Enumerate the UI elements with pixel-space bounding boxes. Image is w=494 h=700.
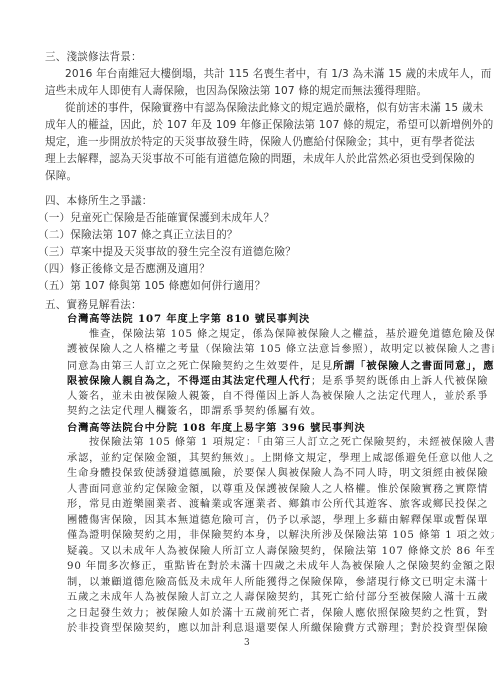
dispute-item-5: （五）第 107 條與第 105 條應如何併行適用？ (38, 279, 265, 293)
case-1-line-3: 同意為由第三人訂立之死亡保險契約之生效要件，足見所謂「被保險人之書面同意」，應 (67, 359, 494, 374)
case-2-title: 台灣高等法院台中分院 108 年度上易字第 396 號民事判決 (67, 421, 366, 435)
section-3-heading: 三、淺談修法背景： (45, 50, 142, 64)
case-2-line-2: 承認，並約定保險金額，其契約無效」。上開條文規定，學理上咸認係避免任意以他人之 (67, 452, 494, 466)
page-number: 3 (244, 638, 250, 648)
case-2-line-1: 按保險法第 105 條第 1 項規定：「由第三人訂立之死亡保險契約，未經被保險人… (89, 436, 494, 450)
case-2-line-12: 之日起發生效力；被保險人如於滿十五歲前死亡者，保險人應依照保險契約之性質，對 (67, 607, 488, 621)
case-1-line-3-text: 同意為由第三人訂立之死亡保險契約之生效要件，足見 (67, 361, 333, 372)
dispute-item-4: （四）修正後條文是否應溯及適用？ (38, 262, 210, 276)
case-1-line-6: 契約之法定代理人欄簽名，即謂系爭契約係屬有效。 (67, 405, 322, 419)
case-2-line-9: 90 年間多次修正，重點皆在對於未滿十四歲之未成年人為被保險人之保險契約金額之限 (67, 560, 494, 574)
case-1-line-1: 惟查，保險法第 105 條之規定，係為保障被保險人之權益，基於避免道德危險及保 (89, 328, 494, 342)
case-2-line-4: 人書面同意並約定保險金額，以尊重及保護被保險人之人格權。惟於保險實務之實際情 (67, 483, 488, 497)
case-1-line-4: 限被保險人親自為之，不得逕由其法定代理人代行；是系爭契約既係由上訴人代被保險 (67, 374, 488, 389)
case-2-line-11: 五歲之未成年人為被保險人訂立之人壽保險契約，其死亡給付部分至被保險人滿十五歲 (67, 591, 488, 605)
case-1-emphasis-1: 所謂「被保險人之書面同意」，應 (333, 360, 494, 372)
section-3-line-6: 理上去解釋，認為天災事故不可能有道德危險的問題，未成年人於此當然必須也受到保險的 (45, 152, 475, 166)
case-1-title: 台灣高等法院 107 年度上字第 810 號民事判決 (67, 312, 310, 326)
case-2-line-5: 形，常見由遊樂園業者、渡輪業或客運業者、鄉鎮市公所代其遊客、旅客或鄉民投保之 (67, 498, 488, 512)
section-3-line-1: 2016 年台南維冠大樓倒塌，共計 115 名喪生者中，有 1/3 為未滿 15… (65, 67, 491, 81)
case-2-line-13: 於非投資型保險契約，應以加計利息退還要保人所繳保險費方式辦理；對於投資型保險 (67, 622, 488, 636)
dispute-item-1: （一）兒童死亡保險是否能確實保護到未成年人？ (38, 211, 274, 225)
case-2-line-7: 僅為證明保險契約之用，非保險契約本身，以解決所涉及保險法第 105 條第 1 項… (67, 529, 494, 543)
case-2-line-10: 制，以兼顧道德危險高低及未成年人所能獲得之保險保障，參諸現行條文已明定未滿十 (67, 576, 488, 590)
case-2-line-8: 疑義。又以未成年人為被保險人所訂立人壽保險契約，保險法第 107 條條文於 86… (67, 545, 494, 559)
dispute-item-2: （二）保險法第 107 條之真正立法目的？ (38, 228, 238, 242)
case-1-emphasis-2: 限被保險人親自為之，不得逕由其法定代理人代行 (67, 375, 311, 387)
section-4-heading: 四、本條所生之爭議： (45, 194, 152, 208)
case-2-line-3: 生命身體投保致使誘發道德風險，於要保人與被保險人為不同人時，明文須經由被保險 (67, 467, 488, 481)
case-1-line-2: 護被保險人之人格權之考量（保險法第 105 條立法意旨參照），故明定以被保險人之… (67, 343, 494, 357)
section-3-line-3: 從前述的事件，保險實務中有認為保險法此條文的規定過於嚴格，似有妨害未滿 15 歲… (65, 101, 483, 115)
case-2-line-6: 團體傷害保險，因其本無道德危險可言，仍予以承認，學理上多藉由解釋保單或暫保單 (67, 514, 488, 528)
section-3-line-7: 保障。 (45, 169, 77, 183)
document-page: 三、淺談修法背景： 2016 年台南維冠大樓倒塌，共計 115 名喪生者中，有 … (0, 0, 494, 700)
section-5-heading: 五、實務見解看法： (45, 298, 142, 312)
case-1-line-4-text: ；是系爭契約既係由上訴人代被保險 (311, 376, 488, 387)
case-1-line-5: 人簽名，並未由被保險人親簽，自不得僅因上訴人為被保險人之法定代理人，並於系爭 (67, 390, 488, 404)
dispute-item-3: （三）草案中提及天災事故的發生完全沒有道德危險？ (38, 245, 296, 259)
section-3-line-2: 這些未成年人即使有人壽保險，也因為保險法第 107 條的規定而無法獲得理賠。 (45, 84, 427, 98)
section-3-line-5: 規定，進一步開放於特定的天災事故發生時，保險人仍應給付保險金；其中，更有學者從法 (45, 135, 475, 149)
section-3-line-4: 成年人的權益，因此，於 107 年及 109 年修正保險法第 107 條的規定，… (45, 118, 493, 132)
